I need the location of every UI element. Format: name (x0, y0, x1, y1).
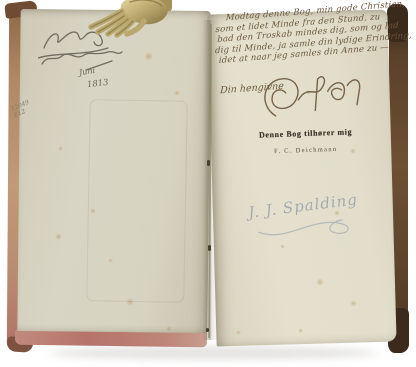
foxing-spot (298, 328, 303, 333)
binding-stitch (208, 245, 211, 251)
foxing-spot (174, 90, 180, 96)
foxing-spot (144, 52, 153, 61)
book-photograph: Juni 1813 12049 E12 Modtag denne Bog, mi… (0, 0, 416, 367)
binding-stitch (206, 328, 209, 332)
foxing-spot (350, 148, 356, 154)
brass-hand-clip (82, 0, 172, 40)
foxing-spot (126, 298, 134, 306)
foxing-spot (58, 146, 63, 151)
book-cast-shadow (48, 346, 378, 360)
foxing-spot (90, 208, 96, 214)
foxing-spot (350, 300, 357, 307)
foxing-spot (236, 330, 241, 335)
binding-stitch (207, 160, 210, 166)
ink-signature-flourish (256, 63, 382, 127)
foxing-spot (166, 326, 172, 332)
foxing-spot (55, 233, 62, 240)
foxing-spot (108, 258, 113, 263)
page-impression-mark (86, 99, 188, 303)
foxing-spot (316, 278, 324, 286)
